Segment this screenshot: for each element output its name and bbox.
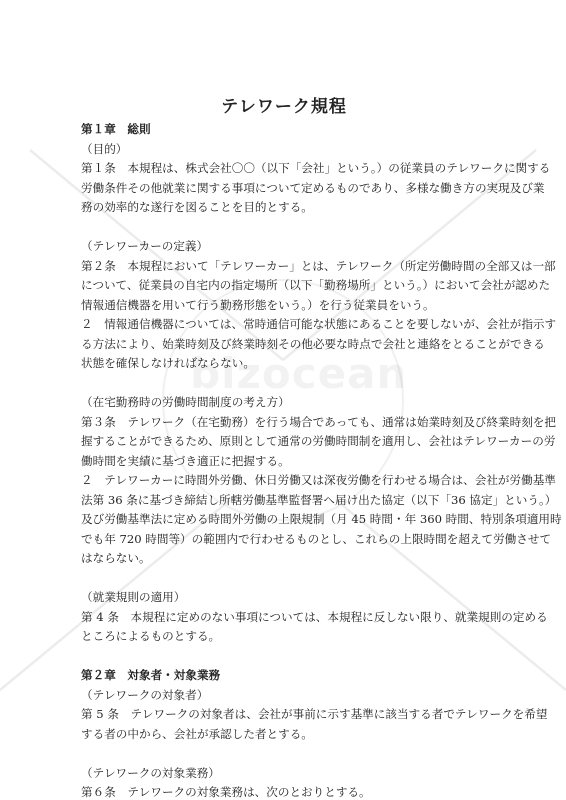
paragraph-line: 第２条 本規程において「テレワーカー」とは、テレワーク（所定労働時間の全部又は一… xyxy=(81,257,487,277)
paragraph-line: 第６条 テレワークの対象業務は、次のとおりとする。 xyxy=(81,783,487,800)
paragraph-line: 状態を確保しなければならない。 xyxy=(81,354,487,374)
paragraph-line: はならない。 xyxy=(81,549,487,569)
paragraph-line: ところによるものとする。 xyxy=(81,627,487,647)
paragraph-line: る方法により、始業時刻及び終業時刻その他必要な時点で会社と連絡をとることができる xyxy=(81,335,487,355)
paragraph-line: 務の効率的な遂行を図ることを目的とする。 xyxy=(81,198,487,218)
document-page: テレワーク規程 第１章 総則（目的）第１条 本規程は、株式会社〇〇（以下「会社」… xyxy=(81,95,487,800)
blank-line xyxy=(81,218,487,238)
paragraph-line: 及び労働基準法に定める時間外労働の上限規制（月 45 時間・年 360 時間、特… xyxy=(81,510,487,530)
paragraph-line: について、従業員の自宅内の指定場所（以下「勤務場所」という。）において会社が認め… xyxy=(81,276,487,296)
document-body: 第１章 総則（目的）第１条 本規程は、株式会社〇〇（以下「会社」という。）の従業… xyxy=(81,120,487,800)
chapter-heading: 第２章 対象者・対象業務 xyxy=(81,666,487,686)
paragraph-line: 法第 36 条に基づき締結し所轄労働基準監督署へ届け出た協定（以下「36 協定」… xyxy=(81,491,487,511)
blank-line xyxy=(81,569,487,589)
blank-line xyxy=(81,744,487,764)
paragraph-line: する者の中から、会社が承認した者とする。 xyxy=(81,725,487,745)
paragraph-line: 働時間を実績に基づき適正に把握する。 xyxy=(81,452,487,472)
paragraph-line: ２ テレワーカーに時間外労働、休日労働又は深夜労働を行わせる場合は、会社が労働基… xyxy=(81,471,487,491)
paragraph-line: 握することができるため、原則として通常の労働時間制を適用し、会社はテレワーカーの… xyxy=(81,432,487,452)
chapter-heading: 第１章 総則 xyxy=(81,120,487,140)
paragraph-line: 第１条 本規程は、株式会社〇〇（以下「会社」という。）の従業員のテレワークに関す… xyxy=(81,159,487,179)
paragraph-line: ２ 情報通信機器については、常時通信可能な状態にあることを要しないが、会社が指示… xyxy=(81,315,487,335)
article-caption: （目的） xyxy=(81,140,487,160)
article-caption: （テレワークの対象業務） xyxy=(81,764,487,784)
paragraph-line: 労働条件その他就業に関する事項について定めるものであり、多様な働き方の実現及び業 xyxy=(81,179,487,199)
paragraph-line: 第 5 条 テレワークの対象者は、会社が事前に示す基準に該当する者でテレワークを… xyxy=(81,705,487,725)
article-caption: （在宅勤務時の労働時間制度の考え方） xyxy=(81,393,487,413)
article-caption: （テレワークの対象者） xyxy=(81,686,487,706)
blank-line xyxy=(81,374,487,394)
article-caption: （就業規則の適用） xyxy=(81,588,487,608)
paragraph-line: でも年 720 時間等）の範囲内で行わせるものとし、これらの上限時間を超えて労働… xyxy=(81,530,487,550)
paragraph-line: 第３条 テレワーク（在宅勤務）を行う場合であっても、通常は始業時刻及び終業時刻を… xyxy=(81,413,487,433)
paragraph-line: 第 4 条 本規程に定めのない事項については、本規程に反しない限り、就業規則の定… xyxy=(81,608,487,628)
blank-line xyxy=(81,647,487,667)
article-caption: （テレワーカーの定義） xyxy=(81,237,487,257)
paragraph-line: 情報通信機器を用いて行う勤務形態をいう。）を行う従業員をいう。 xyxy=(81,296,487,316)
document-title: テレワーク規程 xyxy=(81,95,487,119)
